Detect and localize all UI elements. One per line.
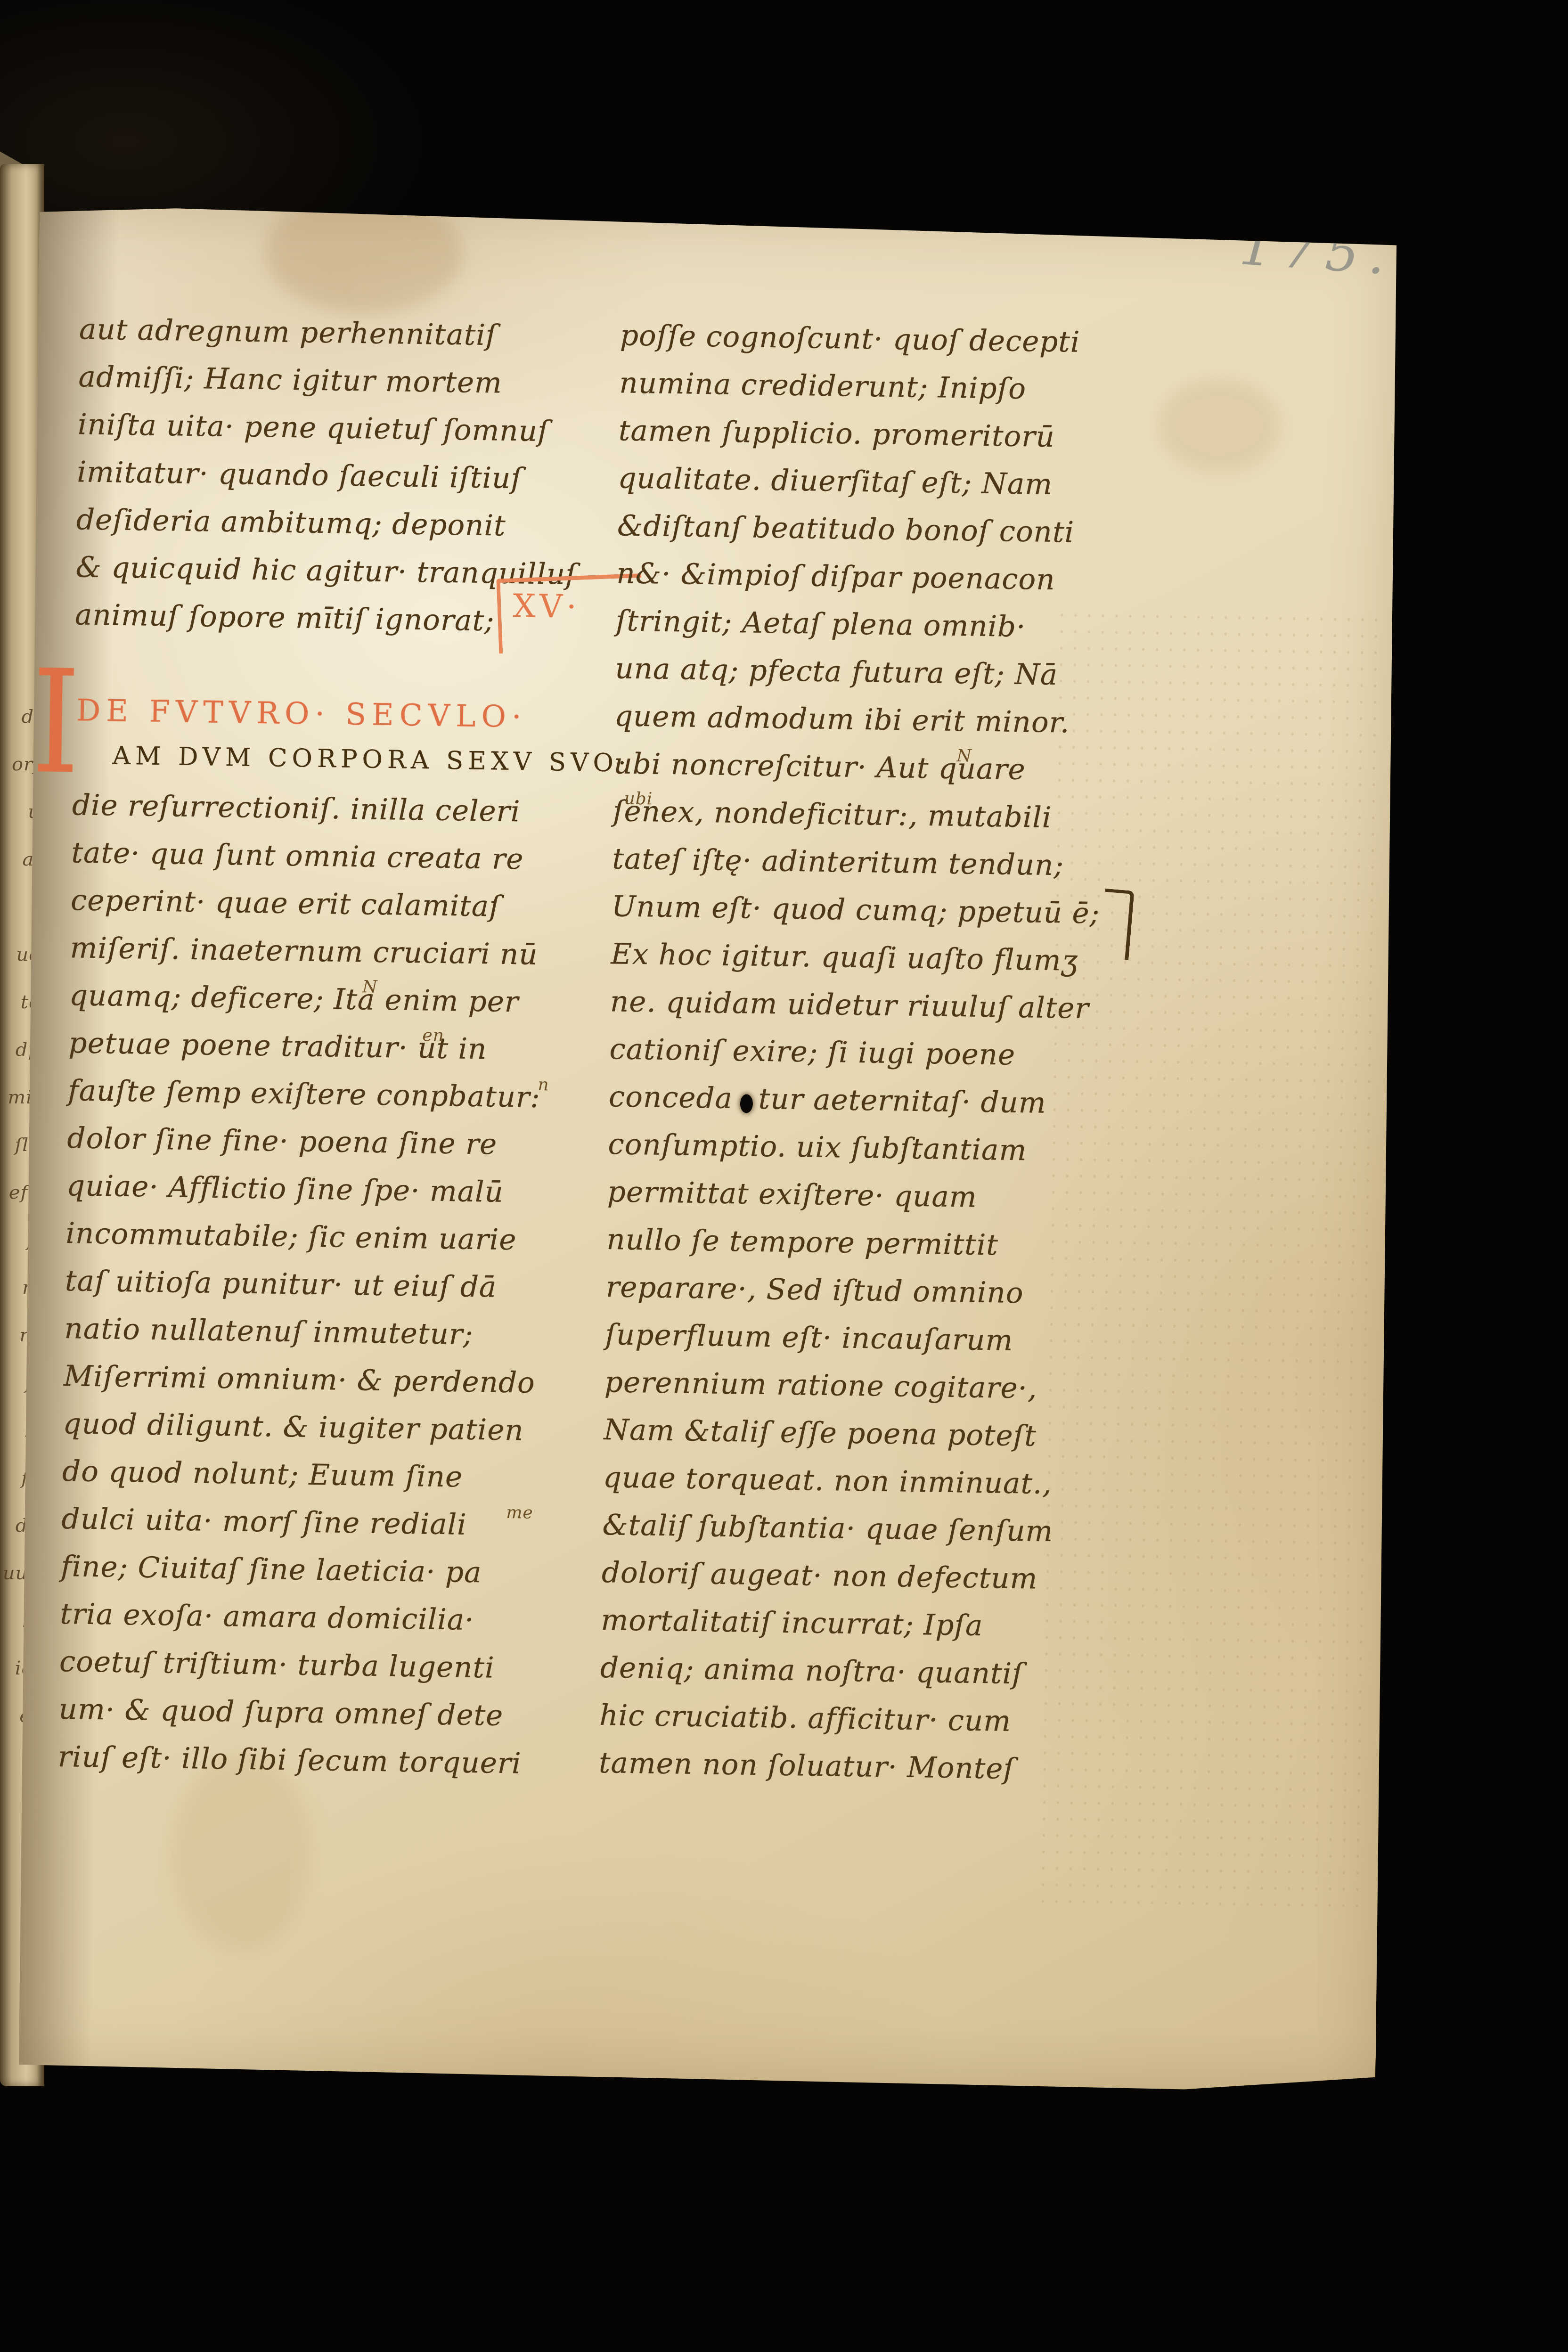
manuscript-line: tamen ſupplicio. promeritorū: [618, 414, 1163, 469]
interlinear-gloss: me: [506, 1503, 533, 1523]
manuscript-line: petuae poene traditur· ut in: [68, 1026, 574, 1081]
manuscript-line: ſtringit; Aetaſ plena omnib·: [615, 604, 1160, 660]
manuscript-line: taſ uitioſa punitur· ut eiuſ dā: [65, 1264, 570, 1319]
manuscript-line: tamen non ſoluatur· Monteſ: [598, 1746, 1143, 1802]
manuscript-line: &taliſ ſubſtantia· quae ſenſum: [602, 1508, 1147, 1564]
manuscript-line: una atq; pfecta futura eſt; Nā: [615, 652, 1160, 707]
manuscript-line: riuſ eſt· illo ſibi ſecum torqueri: [57, 1740, 563, 1795]
interlinear-gloss: N: [362, 977, 378, 996]
text-column-left: XV· aut adregnum perhennitatiſadmiſſi; H…: [57, 312, 584, 1795]
manuscript-line: conſumptio. uix ſubſtantiam: [608, 1127, 1152, 1183]
manuscript-line: permittat exiſtere· quam: [607, 1175, 1151, 1231]
manuscript-line: numina crediderunt; Inipſo: [619, 366, 1164, 422]
interlinear-gloss: N: [956, 746, 972, 766]
manuscript-line: ubi noncreſcitur· Aut quare: [613, 747, 1158, 802]
manuscript-line: ſuperfluum eſt· incauſarum: [605, 1318, 1150, 1373]
photograph-background: { "page": { "folio_number": "175.", "des…: [0, 0, 1568, 2352]
manuscript-line: AM DVM CORPORA SEXV SVO·: [73, 741, 578, 796]
scribal-bracket: [1100, 889, 1135, 960]
manuscript-line: quamq; deficere; Ita enim per: [69, 979, 574, 1034]
manuscript-line: aut adregnum perhennitatiſ: [79, 312, 584, 367]
manuscript-line: tate· qua ſunt omnia creata re: [71, 836, 577, 891]
manuscript-line: fauſte ſemp exiſtere conpbatur:: [67, 1074, 573, 1129]
manuscript-line: hic cruciatib. afficitur· cum: [599, 1699, 1144, 1754]
manuscript-line: nullo ſe tempore permittit: [606, 1223, 1151, 1278]
manuscript-line: miſeriſ. inaeternum cruciari nū: [70, 931, 575, 986]
manuscript-line: concedatur aeternitaſ· dum: [608, 1080, 1153, 1135]
manuscript-line: um· & quod ſupra omneſ dete: [58, 1692, 564, 1748]
manuscript-line: poſſe cognoſcunt· quoſ decepti: [620, 318, 1164, 374]
parchment-stain: [264, 190, 464, 315]
manuscript-line: coetuſ triſtium· turba lugenti: [59, 1645, 564, 1700]
manuscript-line: n&· &impioſ diſpar poenacon: [616, 556, 1161, 612]
parchment-hole: [740, 1094, 753, 1113]
manuscript-line: die reſurrectioniſ. inilla celeri: [72, 788, 577, 843]
manuscript-line: deſideria ambitumq; deponit: [76, 503, 581, 558]
parchment-stain: [1157, 377, 1281, 474]
manuscript-line: ne. quidam uidetur riuuluſ alter: [610, 985, 1154, 1040]
manuscript-line: tria exoſa· amara domicilia·: [60, 1597, 565, 1652]
interlinear-gloss: en: [422, 1026, 444, 1045]
manuscript-line: fine; Ciuitaſ ſine laeticia· pa: [60, 1550, 566, 1605]
manuscript-line: Miſerrimi omnium· & perdendo: [63, 1359, 569, 1414]
manuscript-line: dolor ſine fine· poena ſine re: [67, 1121, 572, 1176]
manuscript-line: quiae· Afflictio ſine ſpe· malū: [66, 1169, 572, 1224]
manuscript-line: incommutabile; ſic enim uarie: [65, 1217, 571, 1272]
manuscript-line: ceperint· quae erit calamitaſ: [70, 883, 576, 939]
text-column-right: poſſe cognoſcunt· quoſ deceptinumina cre…: [598, 318, 1164, 1802]
manuscript-line: imitatur· quando ſaeculi iſtiuſ: [77, 455, 582, 510]
manuscript-line: perennium ratione cogitare·,: [604, 1365, 1149, 1421]
manuscript-line: dulci uita· morſ ſine rediali: [61, 1502, 567, 1557]
manuscript-line: reparare·, Sed iſtud omnino: [605, 1270, 1150, 1326]
manuscript-line: Nam &taliſ eſſe poena poteſt: [604, 1413, 1148, 1469]
manuscript-line: Ex hoc igitur. quaſi uaſto flumʒ: [611, 937, 1155, 993]
manuscript-line: do quod nolunt; Euum ſine: [62, 1454, 567, 1510]
manuscript-line: DE FVTVRO· SECVLO·: [73, 693, 579, 748]
manuscript-page: 175. I XV· aut adregnum perhennitatiſadm…: [12, 205, 1403, 2094]
manuscript-line: ſenex, nondeficitur:, mutabili: [612, 794, 1157, 850]
folio-number-pencil: 175.: [1238, 215, 1396, 287]
interlinear-gloss: ubi: [624, 789, 653, 809]
manuscript-line: cationiſ exire; ſi iugi poene: [609, 1032, 1154, 1088]
manuscript-line: &diſtanſ beatitudo bonoſ conti: [617, 509, 1161, 564]
manuscript-line: qualitate. diuerſitaſ eſt; Nam: [618, 461, 1162, 517]
manuscript-line: quae torqueat. non inminuat.,: [603, 1461, 1147, 1516]
interlinear-gloss: n: [538, 1075, 549, 1094]
manuscript-line: natio nullatenuſ inmutetur;: [64, 1312, 570, 1367]
manuscript-line: Unum eſt· quod cumq; ppetuū ē;: [611, 890, 1156, 945]
manuscript-line: quod diligunt. & iugiter patien: [63, 1407, 568, 1462]
manuscript-line: mortalitatiſ incurrat; Ipſa: [601, 1603, 1145, 1659]
manuscript-line: tateſ iſtę· adinteritum tendun;: [612, 842, 1157, 898]
manuscript-line: doloriſ augeat· non defectum: [601, 1556, 1146, 1611]
chapter-number: XV·: [513, 588, 580, 626]
manuscript-line: deniq; anima noſtra· quantiſ: [600, 1651, 1144, 1707]
manuscript-line: admiſſi; Hanc igitur mortem: [78, 360, 584, 415]
manuscript-line: quem admodum ibi erit minor.: [614, 699, 1159, 755]
manuscript-line: iniſta uita· pene quietuſ ſomnuſ: [77, 408, 583, 463]
